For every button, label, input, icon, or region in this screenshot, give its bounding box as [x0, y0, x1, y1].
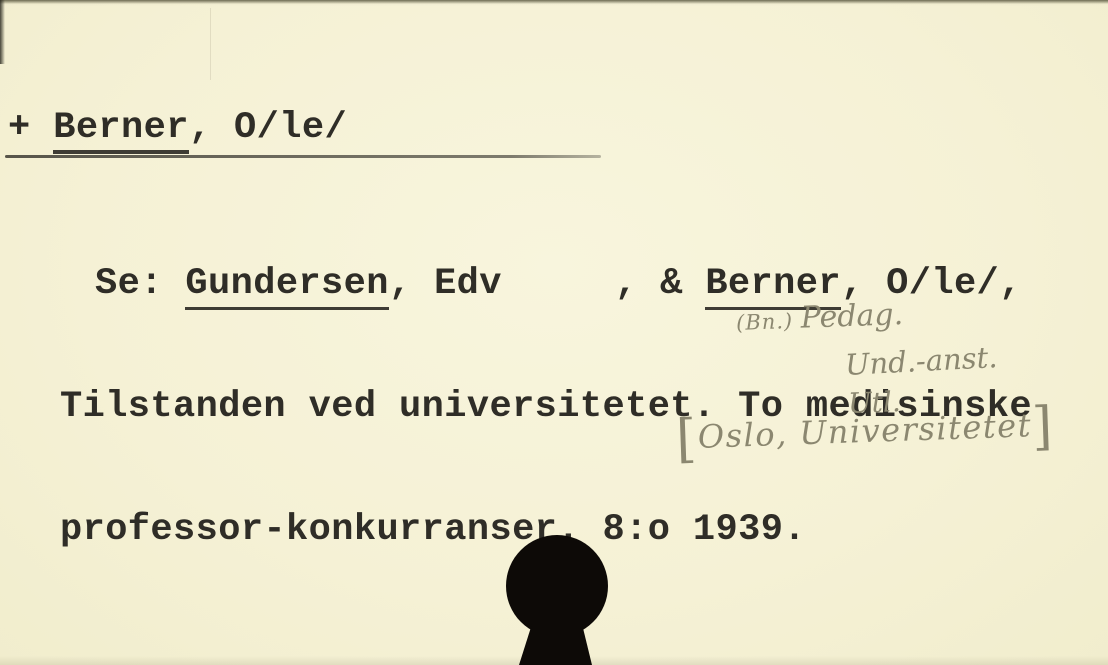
scan-top-edge — [0, 0, 1108, 4]
card-heading: + Berner, O/le/ — [8, 108, 347, 148]
handwritten-bn-abbrev: (Bn.) — [736, 309, 802, 335]
keyhole-punch-hole — [498, 530, 623, 665]
referenced-author-1: Gundersen — [185, 263, 388, 310]
handwritten-close-bracket: ] — [1031, 396, 1055, 457]
see-reference-label: Se: — [95, 263, 185, 305]
handwritten-pedag: Pedag. — [800, 297, 904, 336]
handwritten-note-pedag: (Bn.) Pedag. — [735, 297, 903, 338]
heading-rule-line — [5, 155, 601, 158]
card-crease — [210, 8, 211, 80]
heading-rest: , O/le/ — [189, 107, 347, 149]
scan-left-edge — [0, 0, 5, 64]
heading-author-name: Berner — [53, 107, 189, 154]
reference-middle: , Edv , & — [389, 263, 705, 305]
handwritten-open-bracket: [ — [675, 409, 699, 470]
catalog-card: + Berner, O/le/ Se: Gundersen, Edv , & B… — [0, 0, 1108, 665]
heading-prefix: + — [8, 107, 53, 149]
